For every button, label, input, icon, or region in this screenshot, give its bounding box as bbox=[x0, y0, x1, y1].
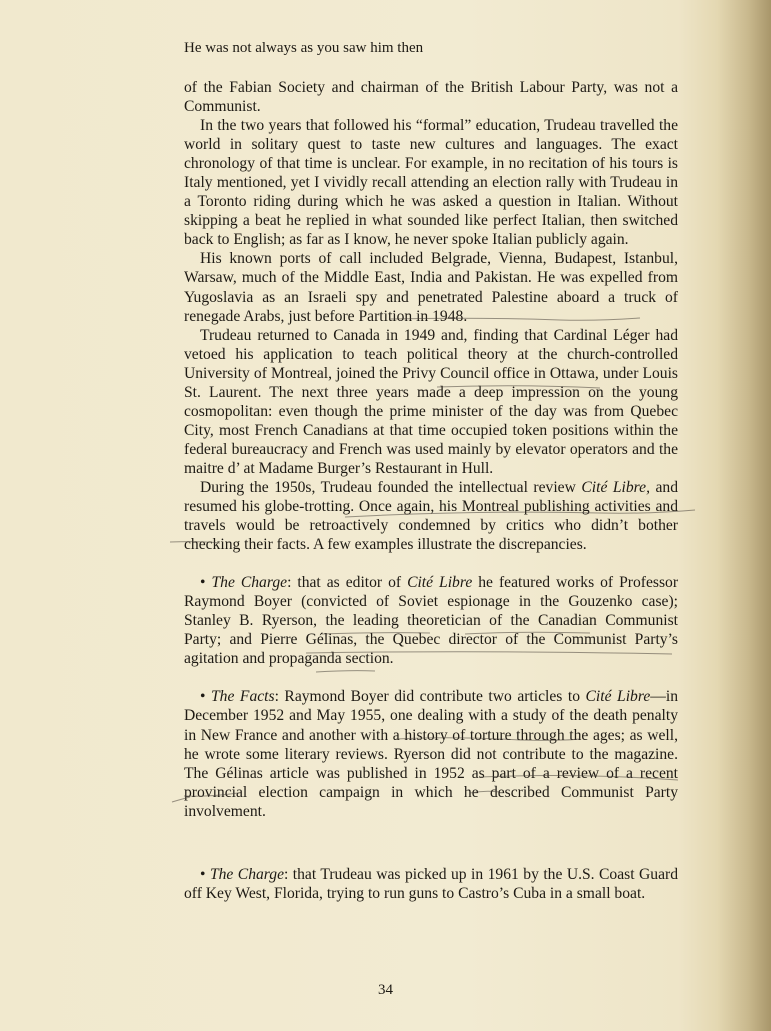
bullet-charge-1: • The Charge: that as editor of Cité Lib… bbox=[184, 573, 678, 668]
body-text: of the Fabian Society and chairman of th… bbox=[184, 78, 678, 903]
text-run: During the 1950s, Trudeau founded the in… bbox=[200, 479, 581, 496]
bullet-icon: • bbox=[200, 688, 205, 705]
paragraph-travels: In the two years that followed his “form… bbox=[184, 116, 678, 249]
publication-title: Cité Libre, bbox=[581, 479, 650, 496]
publication-title: Cité Libre bbox=[407, 574, 472, 591]
text-run: : Raymond Boyer did contribute two artic… bbox=[275, 688, 586, 705]
bullet-facts-1: • The Facts: Raymond Boyer did contribut… bbox=[184, 687, 678, 820]
paragraph-ports-of-call: His known ports of call included Belgrad… bbox=[184, 249, 678, 325]
publication-title: Cité Libre bbox=[586, 688, 651, 705]
page-number: 34 bbox=[0, 982, 771, 999]
bullet-label: The Charge bbox=[210, 866, 284, 883]
text-run: : that as editor of bbox=[287, 574, 407, 591]
bullet-icon: • bbox=[200, 574, 205, 591]
bullet-label: The Facts bbox=[211, 688, 275, 705]
bullet-icon: • bbox=[200, 866, 205, 883]
paragraph-continuation: of the Fabian Society and chairman of th… bbox=[184, 78, 678, 116]
spacer bbox=[184, 846, 678, 865]
running-head: He was not always as you saw him then bbox=[184, 40, 423, 57]
paragraph-return-to-canada: Trudeau returned to Canada in 1949 and, … bbox=[184, 326, 678, 478]
bullet-label: The Charge bbox=[211, 574, 287, 591]
spacer bbox=[184, 668, 678, 687]
spacer bbox=[184, 821, 678, 846]
text-run: —in December 1952 and May 1955, one deal… bbox=[184, 688, 678, 819]
book-page: He was not always as you saw him then of… bbox=[0, 0, 771, 1031]
spacer bbox=[184, 554, 678, 573]
bullet-charge-2: • The Charge: that Trudeau was picked up… bbox=[184, 865, 678, 903]
paragraph-cite-libre: During the 1950s, Trudeau founded the in… bbox=[184, 478, 678, 554]
